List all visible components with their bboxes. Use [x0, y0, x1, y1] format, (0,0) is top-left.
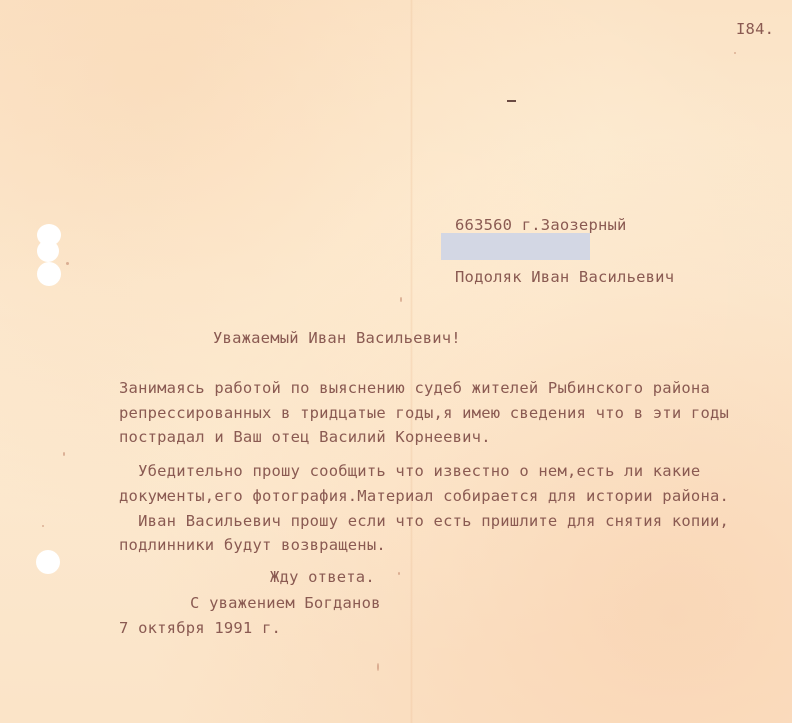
punch-hole-top-3 — [37, 262, 61, 286]
punch-hole-bottom — [36, 550, 60, 574]
closing-awaiting: Жду ответа. — [270, 570, 375, 586]
punch-hole-top-2 — [37, 240, 59, 262]
address-postal-line: 663560 г.Заозерный — [455, 218, 627, 234]
body-line: репрессированных в тридцатые годы,я имею… — [119, 406, 729, 422]
body-line: Убедительно прошу сообщить что известно … — [119, 464, 700, 480]
paper-speck — [398, 572, 400, 575]
closing-date: 7 октября 1991 г. — [119, 621, 281, 637]
salutation: Уважаемый Иван Васильевич! — [213, 331, 461, 347]
paper-fold-line — [410, 0, 413, 723]
body-line: пострадал и Ваш отец Василий Корнеевич. — [119, 430, 491, 446]
paper-speck — [400, 297, 402, 302]
page-number: I84. — [736, 22, 774, 38]
body-line: Иван Васильевич прошу если что есть приш… — [119, 514, 729, 530]
typed-dash-mark — [507, 100, 516, 102]
paper-speck — [66, 262, 69, 265]
body-line: подлинники будут возвращены. — [119, 538, 386, 554]
paper-speck — [377, 663, 379, 671]
address-recipient: Подоляк Иван Васильевич — [455, 270, 674, 286]
document-page: I84. 663560 г.Заозерный Подоляк Иван Вас… — [0, 0, 792, 723]
redacted-address-line — [441, 233, 590, 260]
paper-speck — [734, 52, 736, 54]
body-line: Занимаясь работой по выяснению судеб жит… — [119, 381, 710, 397]
body-line: документы,его фотография.Материал собира… — [119, 489, 729, 505]
paper-speck — [42, 525, 44, 527]
closing-regards: С уважением Богданов — [190, 596, 381, 612]
paper-speck — [63, 452, 65, 456]
